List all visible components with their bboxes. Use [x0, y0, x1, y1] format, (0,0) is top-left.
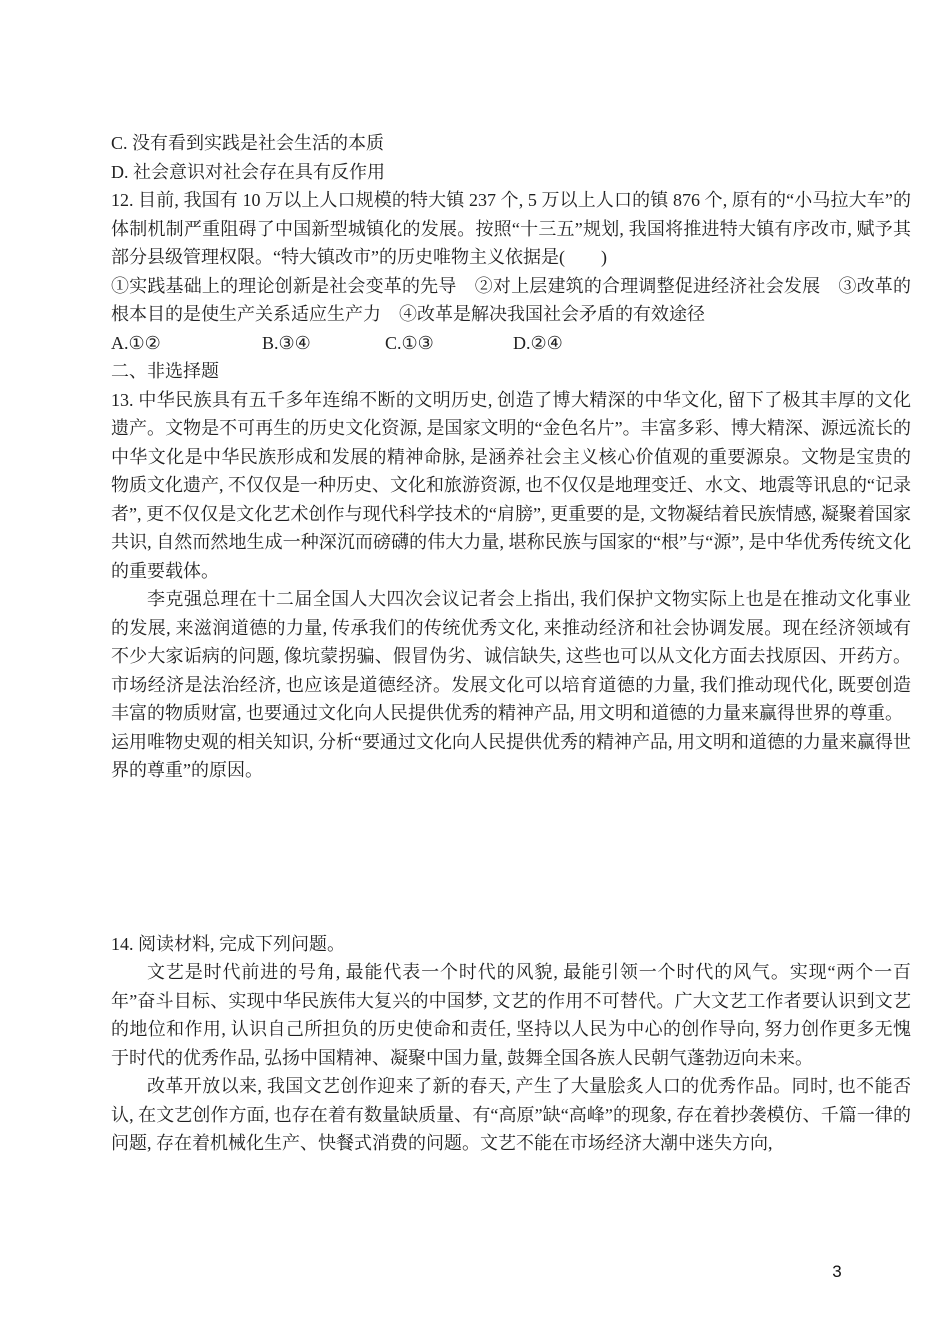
document-body: C. 没有看到实践是社会生活的本质 D. 社会意识对社会存在具有反作用 12. …: [111, 129, 911, 1158]
q11-option-c: C. 没有看到实践是社会生活的本质: [111, 129, 911, 158]
q13-task: 运用唯物史观的相关知识, 分析“要通过文化向人民提供优秀的精神产品, 用文明和道…: [111, 728, 911, 785]
document-page: C. 没有看到实践是社会生活的本质 D. 社会意识对社会存在具有反作用 12. …: [0, 0, 950, 1344]
q12-option-a: A.①②: [111, 329, 262, 358]
q12-statements: ①实践基础上的理论创新是社会变革的先导 ②对上层建筑的合理调整促进经济社会发展 …: [111, 272, 911, 329]
q12-option-c: C.①③: [385, 329, 513, 358]
q12-stem: 12. 目前, 我国有 10 万以上人口规模的特大镇 237 个, 5 万以上人…: [111, 186, 911, 272]
q11-option-d: D. 社会意识对社会存在具有反作用: [111, 158, 911, 187]
q13-material-paragraph-2: 李克强总理在十二届全国人大四次会议记者会上指出, 我们保护文物实际上也是在推动文…: [111, 585, 911, 728]
q12-option-b: B.③④: [262, 329, 385, 358]
q14-material-paragraph-1: 文艺是时代前进的号角, 最能代表一个时代的风貌, 最能引领一个时代的风气。实现“…: [111, 958, 911, 1072]
q12-options-row: A.①② B.③④ C.①③ D.②④: [111, 329, 911, 358]
q13-answer-space: [111, 785, 911, 930]
page-number: 3: [822, 1262, 852, 1282]
q14-intro: 14. 阅读材料, 完成下列问题。: [111, 930, 911, 959]
q13-material-paragraph-1: 13. 中华民族具有五千多年连绵不断的文明历史, 创造了博大精深的中华文化, 留…: [111, 386, 911, 586]
q12-option-d: D.②④: [513, 329, 563, 358]
q14-material-paragraph-2: 改革开放以来, 我国文艺创作迎来了新的春天, 产生了大量脍炙人口的优秀作品。同时…: [111, 1072, 911, 1158]
section-heading: 二、非选择题: [111, 357, 911, 386]
